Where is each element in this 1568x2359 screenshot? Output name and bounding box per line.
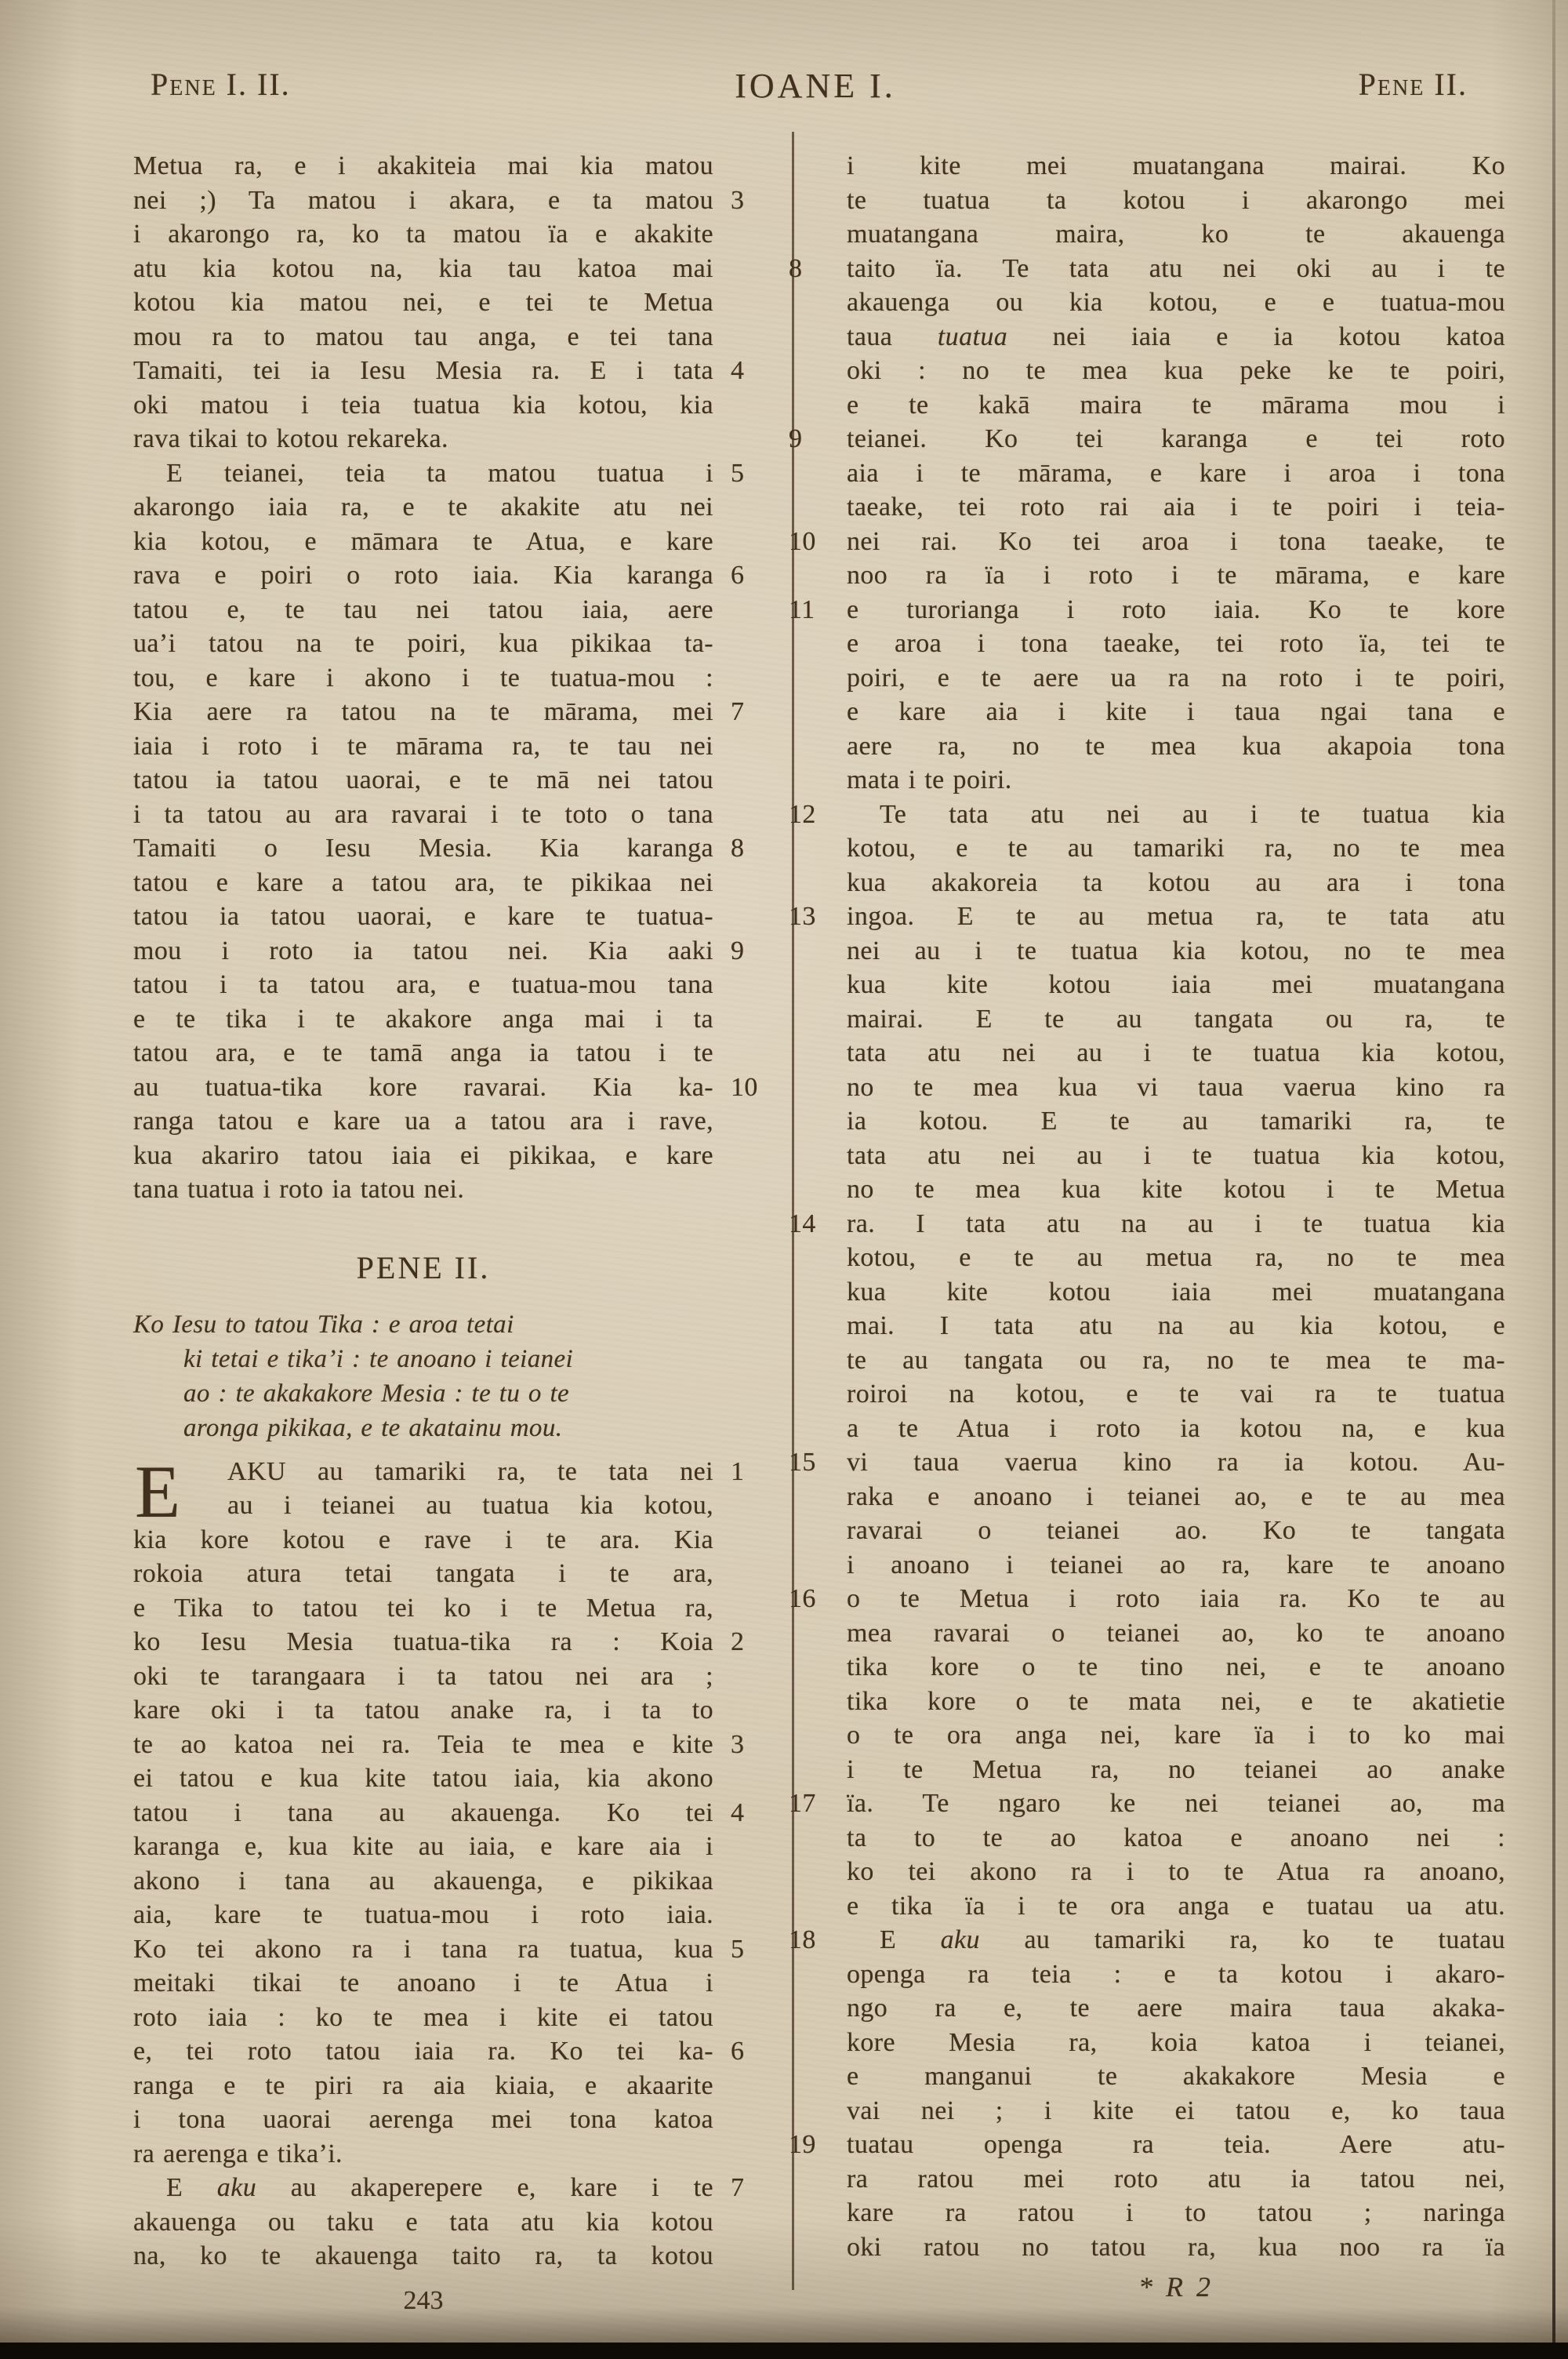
text-line: e Tika to tatou tei ko i te Metua ra,	[133, 1591, 713, 1626]
text-line: kua akariro tatou iaia ei pikikaa, e kar…	[133, 1139, 713, 1173]
verse-number: 3	[731, 184, 781, 218]
text-line: mou i roto ia tatou nei. Kia aaki9	[133, 934, 713, 969]
text-line: ia kotou. E te au tamariki ra, te	[847, 1104, 1505, 1139]
text-line: tika kore o te mata nei, e te akatietie	[847, 1685, 1505, 1719]
signature-mark: * R 2	[847, 2270, 1505, 2303]
text-line: tatou ia tatou uaorai, e kare te tuatua-	[133, 900, 713, 934]
text-line: rava e poiri o roto iaia. Kia karanga6	[133, 558, 713, 593]
text-line: kare ra ratou i to tatou ; naringa	[847, 2196, 1505, 2230]
text-line: roiroi na kotou, e te vai ra te tuatua	[847, 1377, 1505, 1412]
text-line: e kare aia i kite i taua ngai tana e	[847, 695, 1505, 729]
text-line: vi taua vaerua kino ra ia kotou. Au-15	[847, 1445, 1505, 1480]
text-line: tatou ara, e te tamā anga ia tatou i te	[133, 1036, 713, 1070]
text-line: oki matou i teia tuatua kia kotou, kia	[133, 388, 713, 423]
verse-number: 17	[789, 1787, 836, 1821]
text-line: ingoa. E te au metua ra, te tata atu13	[847, 900, 1505, 934]
summary-line: Ko Iesu to tatou Tika : e aroa tetai	[133, 1307, 713, 1342]
text-line: tana tuatua i roto ia tatou nei.	[133, 1172, 713, 1207]
right-column: i kite mei muatangana mairai. Kote tuatu…	[847, 149, 1505, 2303]
text-line: no te mea kua kite kotou i te Metua	[847, 1172, 1505, 1207]
text-line: tatou i ta tatou ara, e tuatua-mou tana	[133, 968, 713, 1002]
header-left-chapter-ref: Pene I. II.	[151, 66, 291, 103]
text-line: no te mea kua vi taua vaerua kino ra	[847, 1070, 1505, 1105]
text-line: aia i te mārama, e kare i aroa i tona	[847, 456, 1505, 491]
verse-number: 5	[731, 1932, 781, 1967]
text-line: i akarongo ra, ko ta matou ïa e akakite	[133, 217, 713, 252]
text-line: na, ko te akauenga taito ra, ta kotou	[133, 2239, 713, 2274]
text-line: ko tei akono ra i to te Atua ra anoano,	[847, 1855, 1505, 1889]
verse-number: 3	[731, 1728, 781, 1762]
text-line: taito ïa. Te tata atu nei oki au i te8	[847, 252, 1505, 286]
text-line: ta to te ao katoa e anoano nei :	[847, 1821, 1505, 1856]
chapter-heading: PENE II.	[133, 1249, 713, 1287]
text-line: tika kore o te tino nei, e te anoano	[847, 1650, 1505, 1685]
text-line: Tamaiti o Iesu Mesia. Kia karanga8	[133, 831, 713, 866]
text-line: rokoia atura tetai tangata i te ara,	[133, 1557, 713, 1591]
text-line: te tuatua ta kotou i akarongo mei	[847, 184, 1505, 218]
chapter1-text-block: Metua ra, e i akakiteia mai kia matounei…	[133, 149, 713, 1207]
verse-number: 5	[731, 456, 781, 491]
verse-number: 11	[789, 593, 836, 627]
header-right-chapter-ref: Pene II.	[1359, 66, 1468, 103]
text-line: nei ;) Ta matou i akara, e ta matou3	[133, 184, 713, 218]
text-line: tata atu nei au i te tuatua kia kotou,	[847, 1036, 1505, 1070]
text-line: tuatau openga ra teia. Aere atu-19	[847, 2128, 1505, 2162]
text-line: Ko tei akono ra i tana ra tuatua, kua5	[133, 1932, 713, 1967]
verse-number: 12	[789, 798, 836, 832]
text-line: kotou kia matou nei, e tei te Metua	[133, 285, 713, 320]
text-line: kia kotou, e māmara te Atua, e kare	[133, 525, 713, 559]
verse-number: 2	[731, 1625, 781, 1659]
verse-number: 8	[731, 831, 781, 866]
text-line: oki ratou no tatou ra, kua noo ra ïa	[847, 2230, 1505, 2265]
text-line: muatangana maira, ko te akauenga	[847, 217, 1505, 252]
text-line: e, tei roto tatou iaia ra. Ko tei ka-6	[133, 2034, 713, 2069]
right-column-text-block: i kite mei muatangana mairai. Kote tuatu…	[847, 149, 1505, 2264]
drop-cap-initial: E	[135, 1459, 180, 1525]
text-line: a te Atua i roto ia kotou na, e kua	[847, 1412, 1505, 1446]
text-line: meitaki tikai te anoano i te Atua i	[133, 1966, 713, 2001]
text-line: e te kakā maira te mārama mou i	[847, 388, 1505, 423]
text-line: E aku au tamariki ra, ko te tuatau18	[847, 1923, 1505, 1957]
text-line: ïa. Te ngaro ke nei teianei ao, ma17	[847, 1787, 1505, 1821]
text-line: E teianei, teia ta matou tuatua i5	[133, 456, 713, 491]
text-line: e aroa i tona taeake, tei roto ïa, tei t…	[847, 627, 1505, 661]
text-line: ngo ra e, te aere maira taua akaka-	[847, 1991, 1505, 2026]
text-line: tatou ia tatou uaorai, e te mā nei tatou	[133, 763, 713, 798]
text-line: kotou, e te au tamariki ra, no te mea	[847, 831, 1505, 866]
text-line: taeake, tei roto rai aia i te poiri i te…	[847, 490, 1505, 525]
text-line: ua’i tatou na te poiri, kua pikikaa ta-	[133, 627, 713, 661]
text-line: AKU au tamariki ra, te tata nei1	[133, 1455, 713, 1489]
text-line: rava tikai to kotou rekareka.	[133, 422, 713, 456]
text-line: akauenga ou kia kotou, e e tuatua-mou	[847, 285, 1505, 320]
text-line: kia kore kotou e rave i te ara. Kia	[133, 1523, 713, 1558]
text-line: tatou e kare a tatou ara, te pikikaa nei	[133, 866, 713, 900]
text-line: e turorianga i roto iaia. Ko te kore11	[847, 593, 1505, 627]
verse-number: 13	[789, 900, 836, 934]
verse-number: 16	[789, 1582, 836, 1616]
verse-number: 7	[731, 695, 781, 729]
text-line: nei rai. Ko tei aroa i tona taeake, te10	[847, 525, 1505, 559]
verse-number: 9	[731, 934, 781, 969]
header-book-title: IOANE I.	[735, 66, 896, 106]
text-line: Tamaiti, tei ia Iesu Mesia ra. E i tata4	[133, 354, 713, 388]
text-line: e te tika i te akakore anga mai i ta	[133, 1002, 713, 1037]
verse-number: 19	[789, 2128, 836, 2162]
text-line: o te Metua i roto iaia ra. Ko te au16	[847, 1582, 1505, 1616]
text-line: roto iaia : ko te mea i kite ei tatou	[133, 2001, 713, 2035]
text-line: teianei. Ko tei karanga e tei roto9	[847, 422, 1505, 456]
verse-number: 6	[731, 558, 781, 593]
text-line: vai nei ; i kite ei tatou e, ko taua	[847, 2094, 1505, 2128]
text-line: taua tuatua nei iaia e ia kotou katoa	[847, 320, 1505, 354]
text-line: aia, kare te tuatua-mou i roto iaia.	[133, 1898, 713, 1932]
text-line: te ao katoa nei ra. Teia te mea e kite3	[133, 1728, 713, 1762]
text-line: kare oki i ta tatou anake ra, i ta to	[133, 1693, 713, 1728]
text-line: aere ra, no te mea kua akapoia tona	[847, 729, 1505, 764]
text-line: oki : no te mea kua peke ke te poiri,	[847, 354, 1505, 388]
text-line: ranga e te piri ra aia kiaia, e akaarite	[133, 2069, 713, 2103]
text-line: E aku au akaperepere e, kare i te7	[133, 2171, 713, 2205]
text-line: Te tata atu nei au i te tuatua kia12	[847, 798, 1505, 832]
text-line: kua kite kotou iaia mei muatangana	[847, 968, 1505, 1002]
summary-line: ki tetai e tika’i : te anoano i teianei	[133, 1342, 713, 1376]
summary-line: aronga pikikaa, e te akatainu mou.	[133, 1411, 713, 1445]
text-line: ra aerenga e tika’i.	[133, 2137, 713, 2172]
text-line: mairai. E te au tangata ou ra, te	[847, 1002, 1505, 1037]
verse-number: 4	[731, 1796, 781, 1830]
verse-number: 10	[789, 525, 836, 559]
text-line: tata atu nei au i te tuatua kia kotou,	[847, 1139, 1505, 1173]
text-line: Kia aere ra tatou na te mārama, mei7	[133, 695, 713, 729]
verse-number: 4	[731, 354, 781, 388]
text-line: kua kite kotou iaia mei muatangana	[847, 1275, 1505, 1310]
verse-number: 14	[789, 1207, 836, 1241]
verse-number: 18	[789, 1923, 836, 1957]
text-line: ei tatou e kua kite tatou iaia, kia akon…	[133, 1761, 713, 1796]
text-line: iaia i roto i te mārama ra, te tau nei	[133, 729, 713, 764]
text-line: e manganui te akakakore Mesia e	[847, 2059, 1505, 2094]
text-line: akono i tana au akauenga, e pikikaa	[133, 1864, 713, 1899]
chapter-summary: Ko Iesu to tatou Tika : e aroa tetaiki t…	[133, 1307, 713, 1445]
scanned-bible-page: Pene I. II. IOANE I. Pene II. Metua ra, …	[0, 0, 1568, 2359]
verse-number: 9	[789, 422, 836, 456]
text-line: poiri, e te aere ua ra na roto i te poir…	[847, 661, 1505, 696]
text-line: te au tangata ou ra, no te mea te ma-	[847, 1343, 1505, 1378]
text-line: kore Mesia ra, koia katoa i teianei,	[847, 2026, 1505, 2060]
text-line: akauenga ou taku e tata atu kia kotou	[133, 2205, 713, 2240]
text-line: i ta tatou au ara ravarai i te toto o ta…	[133, 798, 713, 832]
text-line: i anoano i teianei ao ra, kare te anoano	[847, 1548, 1505, 1583]
text-line: karanga e, kua kite au iaia, e kare aia …	[133, 1830, 713, 1864]
text-line: mea ravarai o teianei ao, ko te anoano	[847, 1616, 1505, 1651]
text-line: akarongo iaia ra, e te akakite atu nei	[133, 490, 713, 525]
text-line: tatou e, te tau nei tatou iaia, aere	[133, 593, 713, 627]
text-line: i tona uaorai aerenga mei tona katoa	[133, 2103, 713, 2137]
text-line: mou ra to matou tau anga, e tei tana	[133, 320, 713, 354]
text-line: tatou i tana au akauenga. Ko tei4	[133, 1796, 713, 1830]
text-line: oki te tarangaara i ta tatou nei ara ;	[133, 1659, 713, 1694]
chapter2-text-block: AKU au tamariki ra, te tata nei1au i tei…	[133, 1455, 713, 2274]
verse-number: 15	[789, 1445, 836, 1480]
text-line: kua akakoreia ta kotou au ara i tona	[847, 866, 1505, 900]
text-line: o te ora anga nei, kare ïa i to ko mai	[847, 1718, 1505, 1753]
text-line: mata i te poiri.	[847, 763, 1505, 798]
bottom-edge-shadow	[0, 2307, 1568, 2343]
text-line: nei au i te tuatua kia kotou, no te mea	[847, 934, 1505, 969]
summary-line: ao : te akakakore Mesia : te tu o te	[133, 1376, 713, 1411]
verse-number: 1	[731, 1455, 781, 1489]
scan-background-strip	[0, 2343, 1568, 2359]
page-edge-line	[1552, 0, 1555, 2343]
left-column: Metua ra, e i akakiteia mai kia matounei…	[133, 149, 713, 2316]
text-line: ra ratou mei roto atu ia tatou nei,	[847, 2162, 1505, 2197]
text-line: au tuatua-tika kore ravarai. Kia ka-10	[133, 1070, 713, 1105]
text-line: raka e anoano i teianei ao, e te au mea	[847, 1480, 1505, 1514]
text-line: atu kia kotou na, kia tau katoa mai	[133, 252, 713, 286]
text-line: i kite mei muatangana mairai. Ko	[847, 149, 1505, 184]
text-line: e tika ïa i te ora anga e tuatau ua atu.	[847, 1889, 1505, 1924]
verse-number: 6	[731, 2034, 781, 2069]
text-line: ravarai o teianei ao. Ko te tangata	[847, 1514, 1505, 1548]
text-line: ko Iesu Mesia tuatua-tika ra : Koia2	[133, 1625, 713, 1659]
text-line: mai. I tata atu na au kia kotou, e	[847, 1309, 1505, 1343]
text-line: tou, e kare i akono i te tuatua-mou :	[133, 661, 713, 696]
running-header: Pene I. II. IOANE I. Pene II.	[0, 66, 1568, 113]
text-line: ra. I tata atu na au i te tuatua kia14	[847, 1207, 1505, 1241]
text-line: ranga tatou e kare ua a tatou ara i rave…	[133, 1104, 713, 1139]
text-line: i te Metua ra, no teianei ao anake	[847, 1753, 1505, 1787]
text-line: Metua ra, e i akakiteia mai kia matou	[133, 149, 713, 184]
text-line: kotou, e te au metua ra, no te mea	[847, 1241, 1505, 1275]
text-line: openga ra teia : e ta kotou i akaro-	[847, 1957, 1505, 1992]
verse-number: 10	[731, 1070, 781, 1105]
text-line: au i teianei au tuatua kia kotou,	[133, 1488, 713, 1523]
verse-number: 7	[731, 2171, 781, 2205]
text-line: noo ra ïa i roto i te mārama, e kare	[847, 558, 1505, 593]
verse-number: 8	[789, 252, 836, 286]
